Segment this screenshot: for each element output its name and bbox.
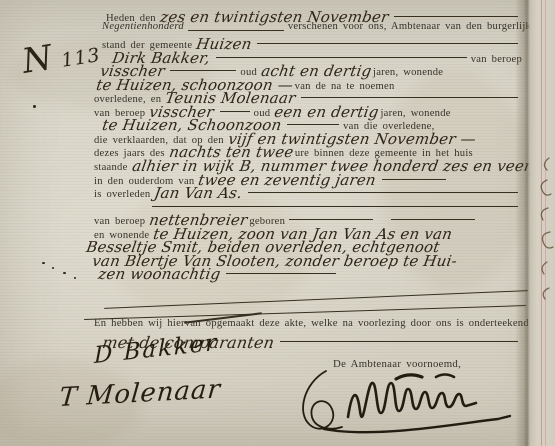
act-line: van beroepvisscheroudeen en dertigjaren,… xyxy=(86,102,522,116)
printed-text: staande xyxy=(94,162,128,173)
ink-speck xyxy=(74,277,76,279)
printed-text: jaren, wonende xyxy=(373,67,443,78)
handwritten-text: zen woonachtig xyxy=(94,265,225,283)
ink-speck xyxy=(52,267,54,269)
act-body: Heden denzes en twintigsten NovemberNege… xyxy=(86,7,522,278)
blank-rule xyxy=(216,57,467,58)
printed-text: jaren, wonende xyxy=(380,108,450,119)
strike-line xyxy=(104,290,528,309)
ink-speck xyxy=(63,272,66,274)
blank-rule xyxy=(152,206,518,207)
act-line: van beroepnettenbreiergeboren xyxy=(86,210,522,224)
act-line: van Blertje Van Slooten, zonder beroep t… xyxy=(86,251,522,265)
signature-comparant-2: T Molenaar xyxy=(58,374,222,413)
blank-rule xyxy=(287,124,339,125)
blank-rule xyxy=(188,30,284,31)
ink-speck xyxy=(33,105,36,108)
blank-rule xyxy=(301,97,518,98)
act-line: visscheroudacht en dertigjaren, wonende xyxy=(86,61,522,75)
printed-text: En hebben wij hiervan opgemaakt deze akt… xyxy=(94,318,532,329)
act-line: Dirk Bakker,van beroep xyxy=(86,48,522,62)
act-line: staandealhier in wijk B, nummer twee hon… xyxy=(86,156,522,170)
act-line: En hebben wij hiervan opgemaakt deze akt… xyxy=(86,318,522,332)
death-certificate-scan: N 113 Heden denzes en twintigsten Novemb… xyxy=(0,0,555,446)
ink-speck xyxy=(42,262,45,264)
official-signature xyxy=(296,365,521,443)
ink-speck xyxy=(531,228,534,231)
printed-text: is overleden xyxy=(94,189,150,200)
act-line: en wonendete Huizen, zoon van Jan Van As… xyxy=(86,224,522,238)
blank-rule xyxy=(394,16,518,17)
act-line: stand der gemeenteHuizen xyxy=(86,34,522,48)
blank-rule xyxy=(289,219,373,220)
handwritten-text: zes en twintigsten November xyxy=(156,8,393,26)
act-line: Besseltje Smit, beiden overleden, echtge… xyxy=(82,237,522,251)
act-line: Heden denzes en twintigsten November xyxy=(86,7,522,21)
blank-rule xyxy=(226,273,336,274)
handwritten-text: Jan Van As. xyxy=(150,184,247,202)
blank-rule xyxy=(382,179,446,180)
printed-text: van beroep xyxy=(94,216,145,227)
blank-rule xyxy=(248,192,518,193)
blank-rule xyxy=(391,219,475,220)
blank-rule xyxy=(280,341,518,342)
blank-rule xyxy=(170,70,236,71)
printed-text: van beroep xyxy=(471,54,522,65)
signature-area: De Ambtenaar voornoemd, D Bakker T Molen… xyxy=(0,345,555,446)
blank-rule xyxy=(257,43,518,44)
handwritten-text: een en dertig xyxy=(270,103,383,121)
blank-rule xyxy=(220,111,250,112)
printed-text: van de na te noemen xyxy=(295,81,395,92)
